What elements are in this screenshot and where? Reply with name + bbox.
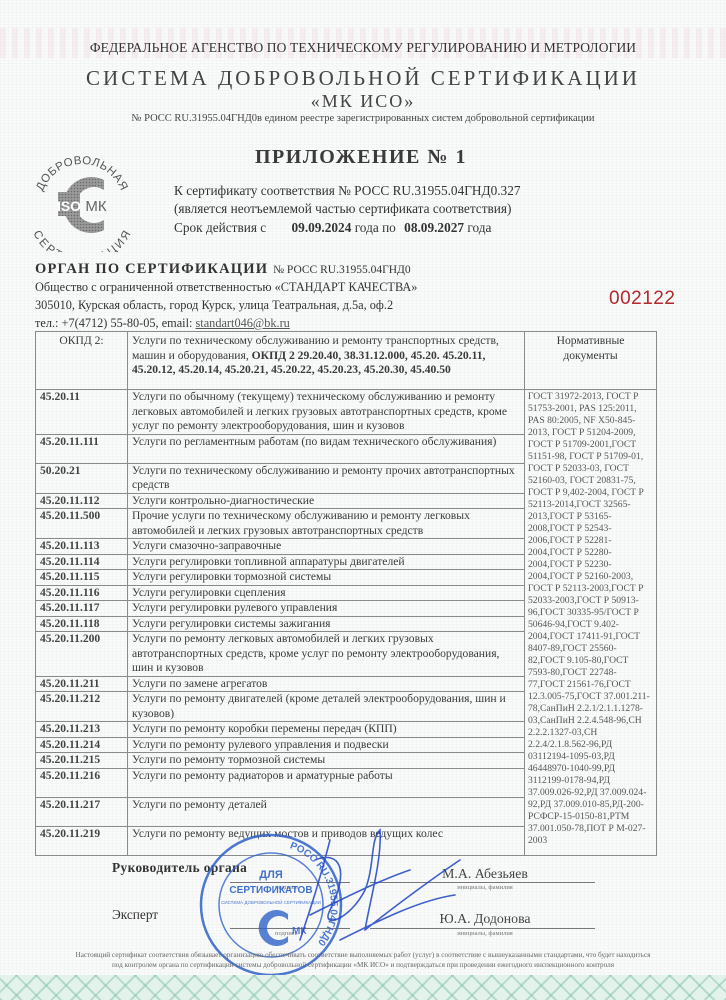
header-normative: Нормативные документы [525, 332, 657, 390]
valid-mid-text: года по [355, 220, 396, 235]
okpd-code: 45.20.11 [36, 390, 128, 435]
certification-body-number: № РОСС RU.31955.04ГНД0 [273, 264, 411, 276]
okpd-code: 45.20.11.115 [36, 570, 128, 586]
okpd-code: 45.20.11.200 [36, 632, 128, 677]
serial-number: 002122 [609, 288, 675, 310]
service-description: Услуги по ремонту легковых автомобилей и… [128, 632, 525, 677]
okpd-code: 45.20.11.112 [36, 493, 128, 509]
service-description: Услуги смазочно-заправочные [128, 539, 525, 555]
service-description: Услуги по ремонту радиаторов и арматурны… [128, 768, 525, 797]
okpd-code: 45.20.11.214 [36, 737, 128, 753]
okpd-code: 45.20.11.217 [36, 797, 128, 826]
header-code: ОКПД 2: [36, 332, 128, 390]
phone-label: тел.: +7(4712) 55-80-05, email: [35, 316, 192, 330]
certificate-annex-page: ФЕДЕРАЛЬНОЕ АГЕНСТВО ПО ТЕХНИЧЕСКОМУ РЕГ… [0, 0, 726, 1000]
service-description: Услуги регулировки рулевого управления [128, 601, 525, 617]
valid-to-date: 08.09.2027 [404, 220, 464, 235]
services-table: ОКПД 2: Услуги по техническому обслужива… [35, 331, 657, 856]
service-description: Услуги контрольно-диагностические [128, 493, 525, 509]
valid-from-date: 09.09.2024 [292, 220, 352, 235]
footer-disclaimer: Настоящий сертификат соответствия обязыв… [40, 950, 686, 970]
handwritten-signature [270, 820, 470, 960]
okpd-code: 45.20.11.211 [36, 676, 128, 692]
okpd-code: 45.20.11.113 [36, 539, 128, 555]
normative-documents: ГОСТ 31972-2013, ГОСТ Р 51753-2001, PAS … [525, 390, 657, 856]
guilloche-band-bottom [0, 975, 726, 1000]
svg-text:СЕРТИФИКАЦИЯ: СЕРТИФИКАЦИЯ [30, 229, 133, 252]
okpd-code: 45.20.11.111 [36, 434, 128, 463]
email-link[interactable]: standart046@bk.ru [196, 316, 290, 330]
validity-label: Срок действия с [174, 220, 266, 235]
table-row: 45.20.11Услуги по обычному (текущему) те… [36, 390, 657, 435]
valid-suffix-text: года [467, 220, 491, 235]
service-description: Услуги регулировки тормозной системы [128, 570, 525, 586]
okpd-code: 45.20.11.116 [36, 585, 128, 601]
service-description: Прочие услуги по техническому обслуживан… [128, 509, 525, 539]
service-description: Услуги регулировки системы зажигания [128, 616, 525, 632]
agency-name: ФЕДЕРАЛЬНОЕ АГЕНСТВО ПО ТЕХНИЧЕСКОМУ РЕГ… [0, 40, 726, 56]
certificate-note: (является неотъемлемой частью сертификат… [174, 201, 511, 217]
system-name: «МК ИСО» [0, 91, 726, 112]
certification-body-title: ОРГАН ПО СЕРТИФИКАЦИИ № РОСС RU.31955.04… [35, 261, 411, 278]
okpd-code: 45.20.11.114 [36, 554, 128, 570]
organization-name: Общество с ограниченной ответственностью… [35, 280, 417, 295]
system-title: СИСТЕМА ДОБРОВОЛЬНОЙ СЕРТИФИКАЦИИ [0, 66, 726, 91]
svg-text:ISO: ISO [57, 198, 81, 214]
okpd-code: 45.20.11.117 [36, 601, 128, 617]
annex-title: ПРИЛОЖЕНИЕ № 1 [255, 146, 467, 169]
service-description: Услуги по замене агрегатов [128, 676, 525, 692]
service-description: Услуги регулировки топливной аппаратуры … [128, 554, 525, 570]
registry-note: № РОСС RU.31955.04ГНД0в едином реестре з… [0, 113, 726, 124]
organization-contact: тел.: +7(4712) 55-80-05, email: standart… [35, 316, 290, 331]
validity-period: Срок действия с 09.09.2024 года по 08.09… [174, 220, 491, 236]
service-description: Услуги регулировки сцепления [128, 585, 525, 601]
okpd-code: 50.20.21 [36, 463, 128, 493]
service-description: Услуги по ремонту тормозной системы [128, 753, 525, 769]
certification-seal-icon: ДОБРОВОЛЬНАЯ СЕРТИФИКАЦИЯ ISO МК [22, 148, 142, 252]
okpd-code: 45.20.11.213 [36, 722, 128, 738]
table-header-row: ОКПД 2: Услуги по техническому обслужива… [36, 332, 657, 390]
organization-address: 305010, Курская область, город Курск, ул… [35, 298, 393, 313]
header-description: Услуги по техническому обслуживанию и ре… [128, 332, 525, 390]
okpd-code: 45.20.11.216 [36, 768, 128, 797]
service-description: Услуги по ремонту коробки перемены перед… [128, 722, 525, 738]
okpd-code: 45.20.11.212 [36, 692, 128, 722]
service-description: Услуги по обычному (текущему) техническо… [128, 390, 525, 435]
certificate-reference: К сертификату соответствия № РОСС RU.319… [174, 183, 521, 199]
expert-label: Эксперт [112, 907, 158, 923]
okpd-code: 45.20.11.219 [36, 826, 128, 855]
service-description: Услуги по техническому обслуживанию и ре… [128, 463, 525, 493]
okpd-code: 45.20.11.500 [36, 509, 128, 539]
svg-text:МК: МК [85, 198, 106, 215]
service-description: Услуги по регламентным работам (по видам… [128, 434, 525, 463]
service-description: Услуги по ремонту двигателей (кроме дета… [128, 692, 525, 722]
okpd-code: 45.20.11.118 [36, 616, 128, 632]
service-description: Услуги по ремонту рулевого управления и … [128, 737, 525, 753]
okpd-code: 45.20.11.215 [36, 753, 128, 769]
